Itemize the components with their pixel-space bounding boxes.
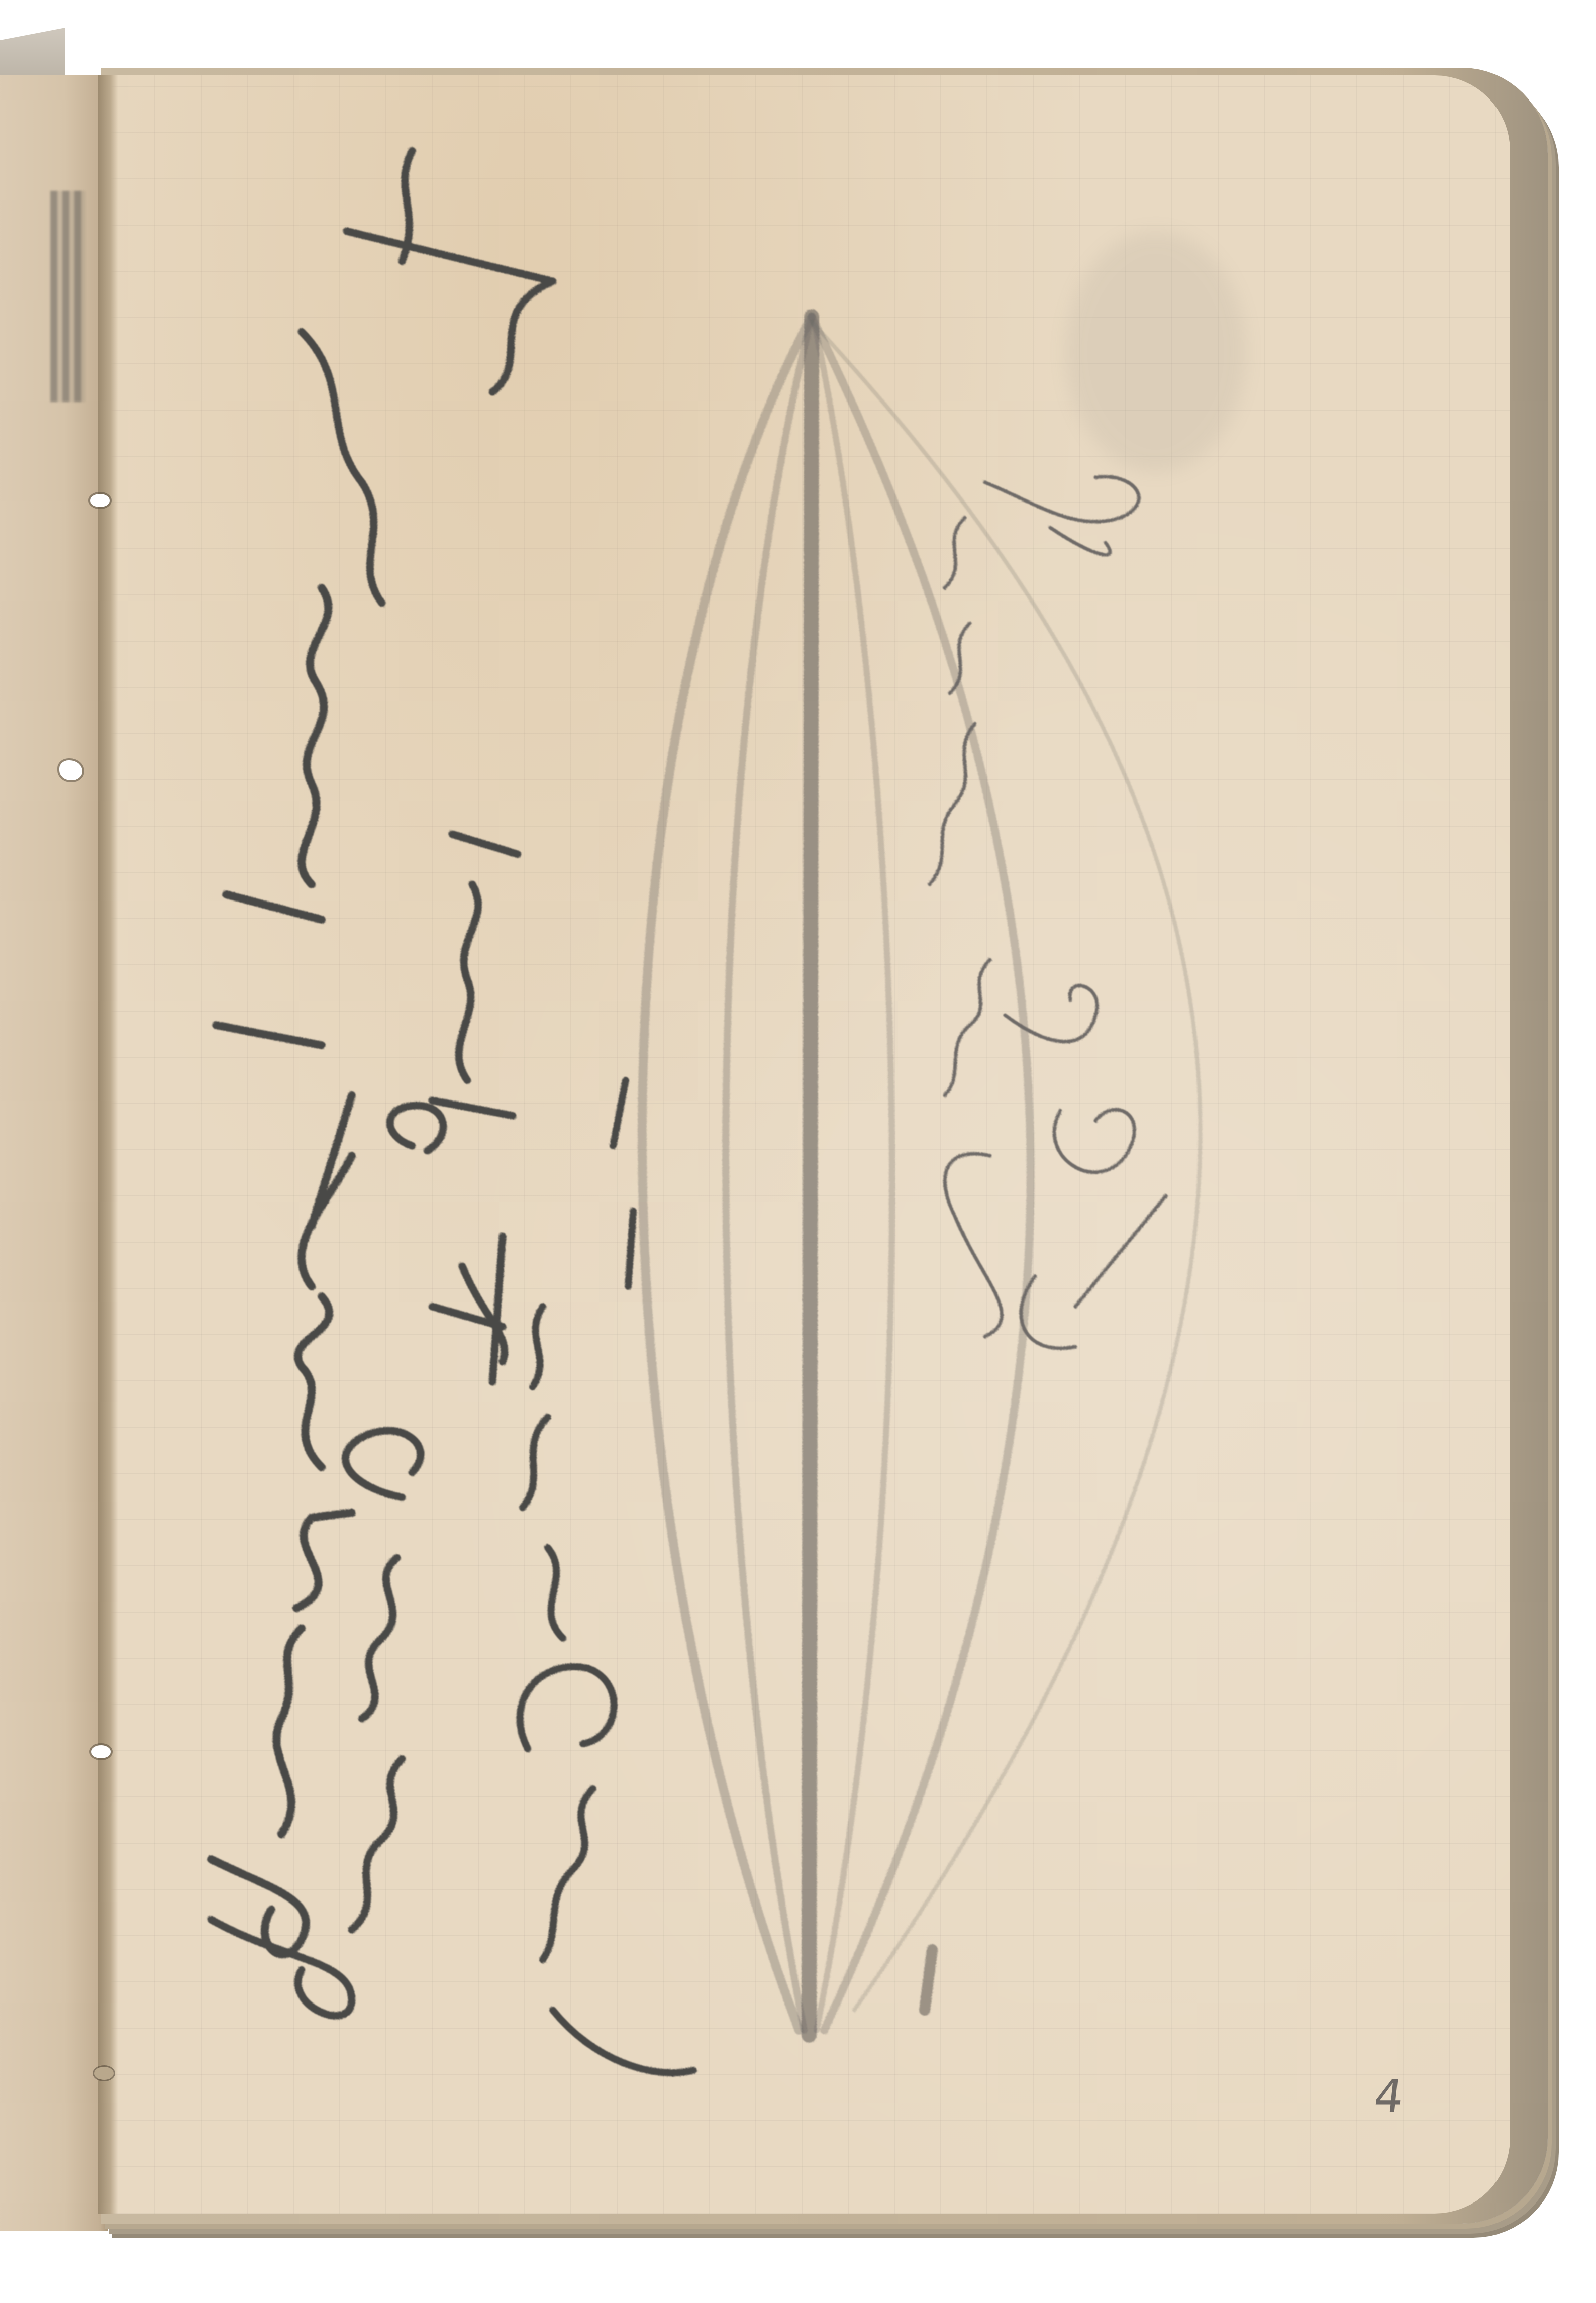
pencil-mark-left-page xyxy=(50,191,85,402)
spine-gutter xyxy=(98,75,118,2214)
sketch-description: vertical spindle / lens shape with centr… xyxy=(0,0,1,1)
binding-hole xyxy=(89,2063,125,2086)
photo-background: 4 illegible cursive vertical spindle / l… xyxy=(0,0,1596,2303)
page-number: 4 xyxy=(1371,2070,1406,2123)
notebook-page xyxy=(108,75,1510,2214)
previous-page-edge xyxy=(0,75,108,2231)
binding-hole xyxy=(54,756,89,779)
binding-hole xyxy=(85,490,121,513)
handwriting-description: illegible cursive xyxy=(0,0,1,1)
binding-hole xyxy=(86,1741,122,1764)
torn-page-tab xyxy=(0,28,65,78)
